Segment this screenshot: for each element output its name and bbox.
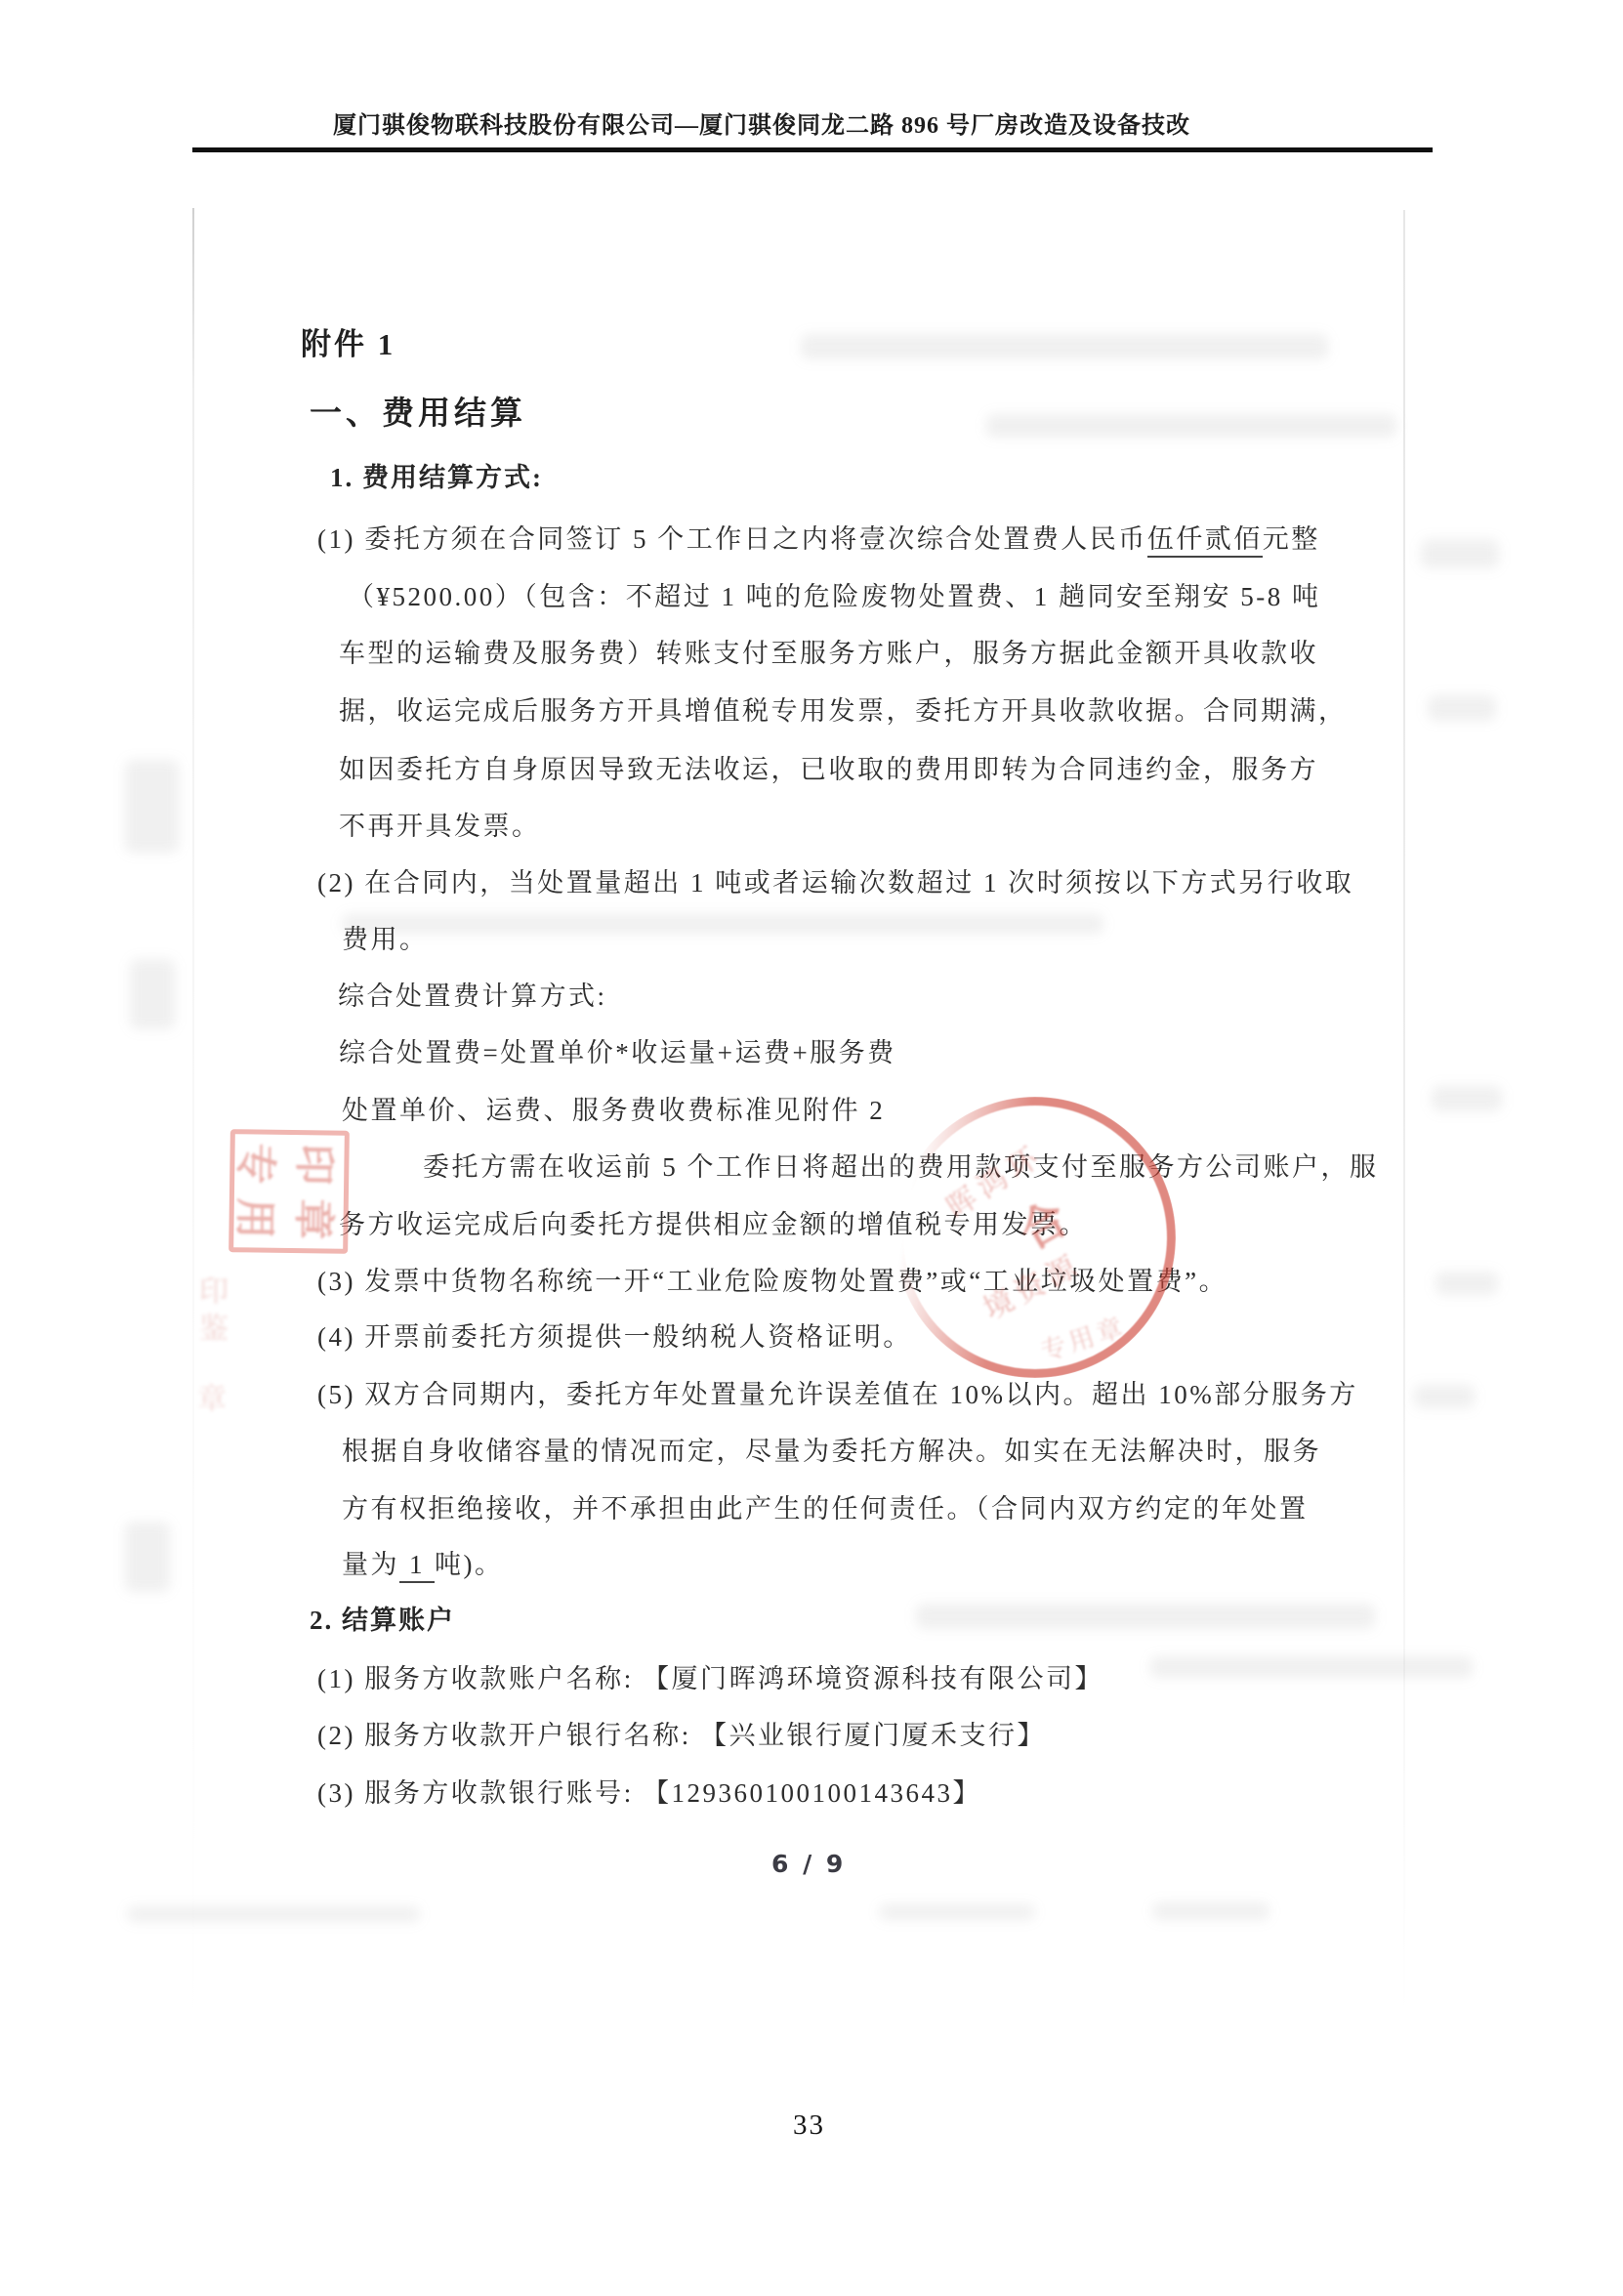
item1-line1-suffix: 元整 <box>1263 524 1320 554</box>
scan-smudge <box>916 1604 1375 1629</box>
scan-smudge <box>342 914 1103 934</box>
item1-line6: 不再开具发票。 <box>339 811 541 844</box>
attachment-label: 附件 1 <box>301 326 395 364</box>
account-bank-line: (2) 服务方收款开户银行名称: 【兴业银行厦门厦禾支行】 <box>317 1720 1046 1753</box>
stamp-char: 用 <box>228 1190 287 1246</box>
stamp-char: 专 <box>229 1136 288 1191</box>
square-paging-stamp-text: 印 章 专 用 <box>231 1136 347 1247</box>
item2-formula: 综合处置费=处置单价*收运量+运费+服务费 <box>339 1037 896 1070</box>
edge-stamp-mark: 章 <box>187 1383 229 1420</box>
document-header-title: 厦门骐俊物联科技股份有限公司—厦门骐俊同龙二路 896 号厂房改造及设备技改 <box>186 105 1338 140</box>
item1-line3: 车型的运输费及服务费）转账支付至服务方账户，服务方据此金额开具收款收 <box>339 638 1318 671</box>
section-heading: 一、费用结算 <box>310 395 526 435</box>
item2-line3: 综合处置费计算方式: <box>338 981 607 1014</box>
page-scan-right-edge <box>1403 210 1405 2017</box>
item2-line5: 处置单价、运费、服务费收费标准见附件 2 <box>342 1095 885 1128</box>
scan-smudge <box>1414 1385 1475 1408</box>
scanned-contract-page: 厦门骐俊物联科技股份有限公司—厦门骐俊同龙二路 896 号厂房改造及设备技改 附… <box>0 0 1623 2296</box>
page-number: 33 <box>793 2109 825 2142</box>
item1-line4: 据，收运完成后服务方开具增值税专用发票，委托方开具收款收据。合同期满， <box>339 695 1348 729</box>
scan-smudge <box>1421 539 1499 568</box>
scan-smudge <box>879 1904 1035 1920</box>
item5-line4: 量为1吨)。 <box>342 1549 504 1582</box>
item2-line1: (2) 在合同内，当处置量超出 1 吨或者运输次数超过 1 次时须按以下方式另行… <box>317 867 1353 900</box>
item5-line4-suffix: 吨)。 <box>435 1550 504 1579</box>
item1-line1: (1) 委托方须在合同签订 5 个工作日之内将壹次综合处置费人民币伍仟贰佰元整 <box>317 523 1320 557</box>
scan-smudge <box>127 1906 420 1922</box>
sheet-indicator: 6 / 9 <box>771 1850 846 1878</box>
item5-line4-underlined-tonnage: 1 <box>399 1550 435 1583</box>
scan-smudge <box>986 414 1396 438</box>
stamp-char: 印 <box>287 1137 347 1192</box>
scan-smudge <box>801 334 1328 359</box>
round-company-seal: 晖鸿环 合 境资源 专用章 <box>895 1097 1176 1378</box>
account-name-line: (1) 服务方收款账户名称: 【厦门晖鸿环境资源科技有限公司】 <box>317 1663 1103 1696</box>
item1-line2: （¥5200.00）（包含：不超过 1 吨的危险废物处置费、1 趟同安至翔安 5… <box>348 581 1321 614</box>
item1-line5: 如因委托方自身原因导致无法收运，已收取的费用即转为合同违约金，服务方 <box>339 754 1318 787</box>
account-number-line: (3) 服务方收款银行账号: 【129360100100143643】 <box>317 1777 981 1811</box>
stamp-char: 章 <box>286 1191 346 1247</box>
scan-smudge <box>1436 1272 1498 1295</box>
sub-heading-settlement-account: 2. 结算账户 <box>310 1605 455 1638</box>
scan-smudge <box>125 1522 170 1592</box>
scan-smudge <box>1152 1902 1269 1920</box>
scan-smudge <box>1432 1086 1502 1111</box>
page-scan-left-edge <box>192 208 194 2044</box>
scan-smudge <box>125 760 179 853</box>
scan-smudge <box>1150 1656 1473 1678</box>
item5-line1: (5) 双方合同期内，委托方年处置量允许误差值在 10%以内。超出 10%部分服… <box>317 1379 1358 1412</box>
item5-line2: 根据自身收储容量的情况而定，尽量为委托方解决。如实在无法解决时，服务 <box>342 1436 1321 1469</box>
item5-line4-prefix: 量为 <box>342 1550 399 1579</box>
square-paging-stamp: 印 章 专 用 <box>229 1129 350 1254</box>
scan-smudge <box>1428 695 1496 721</box>
item4-line: (4) 开票前委托方须提供一般纳税人资格证明。 <box>317 1321 912 1355</box>
item1-line1-prefix: (1) 委托方须在合同签订 5 个工作日之内将壹次综合处置费人民币 <box>317 524 1147 554</box>
item5-line3: 方有权拒绝接收，并不承担由此产生的任何责任。（合同内双方约定的年处置 <box>342 1493 1309 1526</box>
scan-smudge <box>130 959 175 1029</box>
item2-line2: 费用。 <box>342 924 429 957</box>
sub-heading-settlement-method: 1. 费用结算方式: <box>330 462 543 495</box>
item1-line1-underlined-amount: 伍仟贰佰 <box>1147 524 1263 558</box>
header-rule <box>192 147 1433 152</box>
edge-stamp-mark: 印鉴 <box>188 1275 231 1350</box>
